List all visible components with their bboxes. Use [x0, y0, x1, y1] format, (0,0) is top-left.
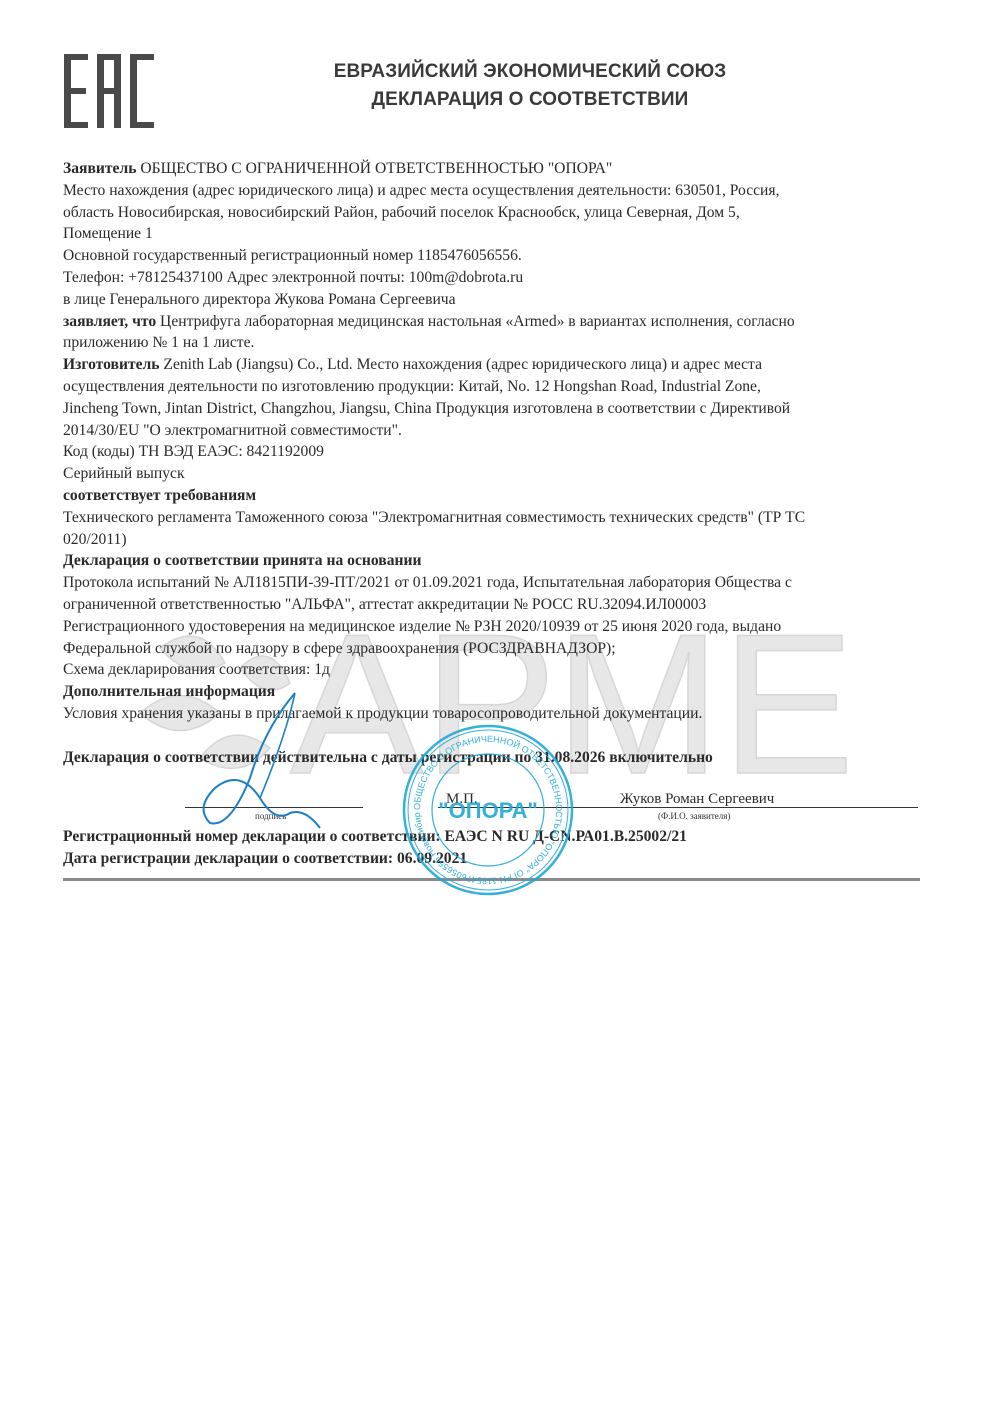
applicant-label: Заявитель — [63, 160, 136, 177]
declaration-body: Заявитель ОБЩЕСТВО С ОГРАНИЧЕННОЙ ОТВЕТС… — [63, 158, 923, 768]
signatory-name: Жуков Роман Сергеевич — [620, 791, 774, 808]
manufacturer-text-4: 2014/30/EU "О электромагнитной совместим… — [63, 420, 923, 442]
document-title: ЕВРАЗИЙСКИЙ ЭКОНОМИЧЕСКИЙ СОЮЗ ДЕКЛАРАЦИ… — [300, 58, 760, 114]
release-type: Серийный выпуск — [63, 463, 923, 485]
applicant-name: ОБЩЕСТВО С ОГРАНИЧЕННОЙ ОТВЕТСТВЕННОСТЬЮ… — [136, 160, 612, 177]
manufacturer-line: Изготовитель Zenith Lab (Jiangsu) Co., L… — [63, 354, 923, 376]
conforms-text-2: 020/2011) — [63, 529, 923, 551]
manufacturer-text-3: Jincheng Town, Jintan District, Changzho… — [63, 398, 923, 420]
hs-code: Код (коды) ТН ВЭД ЕАЭС: 8421192009 — [63, 441, 923, 463]
applicant-representative: в лице Генерального директора Жукова Ром… — [63, 289, 923, 311]
applicant-address-1: Место нахождения (адрес юридического лиц… — [63, 180, 923, 202]
basis-text-4: Федеральной службой по надзору в сфере з… — [63, 638, 923, 660]
applicant-address-3: Помещение 1 — [63, 223, 923, 245]
declares-text-2: приложению № 1 на 1 листе. — [63, 332, 923, 354]
basis-text-2: ограниченной ответственностью "АЛЬФА", а… — [63, 594, 923, 616]
manufacturer-text: Zenith Lab (Jiangsu) Co., Ltd. Место нах… — [160, 356, 762, 373]
basis-label: Декларация о соответствии принята на осн… — [63, 550, 923, 572]
scheme: Схема декларирования соответствия: 1д — [63, 659, 923, 681]
applicant-address-2: область Новосибирская, новосибирский Рай… — [63, 202, 923, 224]
conforms-text-1: Технического регламента Таможенного союз… — [63, 507, 923, 529]
declaration-title: ДЕКЛАРАЦИЯ О СООТВЕТСТВИИ — [300, 86, 760, 114]
basis-text-3: Регистрационного удостоверения на медици… — [63, 616, 923, 638]
applicant-line: Заявитель ОБЩЕСТВО С ОГРАНИЧЕННОЙ ОТВЕТС… — [63, 158, 923, 180]
declares-text: Центрифуга лабораторная медицинская наст… — [156, 313, 795, 330]
conforms-label: соответствует требованиям — [63, 485, 923, 507]
declares-label: заявляет, что — [63, 313, 156, 330]
manufacturer-text-2: осуществления деятельности по изготовлен… — [63, 376, 923, 398]
applicant-ogrn: Основной государственный регистрационный… — [63, 245, 923, 267]
union-title: ЕВРАЗИЙСКИЙ ЭКОНОМИЧЕСКИЙ СОЮЗ — [300, 58, 760, 86]
company-seal: ОБЩЕСТВО С ОГРАНИЧЕННОЙ ОТВЕТСТВЕННОСТЬЮ… — [402, 724, 574, 896]
manufacturer-label: Изготовитель — [63, 356, 160, 373]
handwritten-signature — [190, 688, 330, 838]
signatory-caption: (Ф.И.О. заявителя) — [658, 811, 730, 821]
eac-logo — [64, 54, 156, 128]
basis-text-1: Протокола испытаний № АЛ1815ПИ-39-ПТ/202… — [63, 572, 923, 594]
applicant-contacts: Телефон: +78125437100 Адрес электронной … — [63, 267, 923, 289]
declares-line: заявляет, что Центрифуга лабораторная ме… — [63, 311, 923, 333]
svg-text:"ОПОРА": "ОПОРА" — [438, 798, 538, 823]
